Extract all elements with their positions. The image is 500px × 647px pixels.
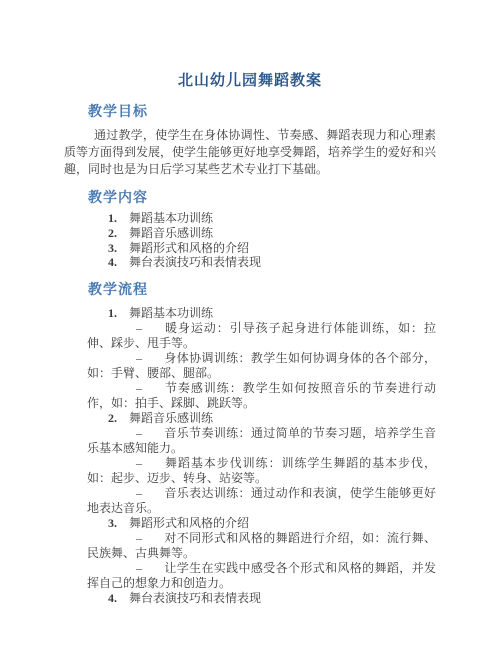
sub-bullet: –身体协调训练：教学生如何协调身体的各个部分，如：手臂、腰部、腿部。 [87, 351, 436, 381]
sub-bullet: –音乐节奏训练：通过简单的节奏习题，培养学生音乐基本感知能力。 [87, 426, 436, 456]
list-item-number: 3. [108, 241, 129, 256]
flow-list: 1.舞蹈基本功训练 –暖身运动：引导孩子起身进行体能训练，如：拉伸、踩步、甩手等… [64, 306, 436, 606]
list-item-label: 舞蹈音乐感训练 [129, 226, 213, 240]
list-item: 1.舞蹈基本功训练 [108, 306, 436, 321]
document-page: 北山幼儿园舞蹈教案 教学目标 通过教学，使学生在身体协调性、节奏感、舞蹈表现力和… [0, 0, 500, 647]
list-item-number: 1. [108, 211, 129, 226]
list-item: 4.舞台表演技巧和表情表现 [108, 591, 436, 606]
list-item-number: 4. [108, 255, 129, 270]
list-item: 3.舞蹈形式和风格的介绍 [108, 516, 436, 531]
dash-bullet-icon: – [136, 486, 164, 501]
list-item: 2.舞蹈音乐感训练 [108, 226, 436, 241]
list-item-label: 舞蹈基本功训练 [129, 306, 213, 320]
section-heading-goals: 教学目标 [88, 101, 436, 121]
list-item-label: 舞蹈形式和风格的介绍 [129, 241, 249, 255]
list-item-number: 1. [108, 306, 129, 321]
sub-bullet: –舞蹈基本步伐训练：训练学生舞蹈的基本步伐，如：起步、迈步、转身、站姿等。 [87, 456, 436, 486]
sub-bullet: –对不同形式和风格的舞蹈进行介绍，如：流行舞、民族舞、古典舞等。 [87, 531, 436, 561]
sub-bullet: –暖身运动：引导孩子起身进行体能训练，如：拉伸、踩步、甩手等。 [87, 321, 436, 351]
list-item-label: 舞蹈音乐感训练 [129, 411, 213, 425]
sub-bullet: –节奏感训练：教学生如何按照音乐的节奏进行动作，如：拍手、踩脚、跳跃等。 [87, 381, 436, 411]
dash-bullet-icon: – [136, 426, 164, 441]
list-item-number: 2. [108, 226, 129, 241]
list-item-label: 舞蹈基本功训练 [129, 211, 213, 225]
dash-bullet-icon: – [136, 531, 164, 546]
goals-paragraph: 通过教学，使学生在身体协调性、节奏感、舞蹈表现力和心理素质等方面得到发展，使学生… [64, 127, 436, 178]
list-item-label: 舞台表演技巧和表情表现 [129, 591, 261, 605]
dash-bullet-icon: – [136, 561, 164, 576]
page-title: 北山幼儿园舞蹈教案 [64, 70, 436, 92]
dash-bullet-icon: – [136, 456, 164, 471]
dash-bullet-icon: – [136, 381, 164, 396]
list-item: 2.舞蹈音乐感训练 [108, 411, 436, 426]
sub-bullet: –音乐表达训练：通过动作和表演，使学生能够更好地表达音乐。 [87, 486, 436, 516]
list-item: 4.舞台表演技巧和表情表现 [108, 255, 436, 270]
list-item: 3.舞蹈形式和风格的介绍 [108, 241, 436, 256]
list-item-label: 舞台表演技巧和表情表现 [129, 255, 261, 269]
list-item-number: 2. [108, 411, 129, 426]
list-item-label: 舞蹈形式和风格的介绍 [129, 516, 249, 530]
section-heading-flow: 教学流程 [88, 279, 436, 299]
dash-bullet-icon: – [136, 351, 164, 366]
content-list: 1.舞蹈基本功训练 2.舞蹈音乐感训练 3.舞蹈形式和风格的介绍 4.舞台表演技… [64, 211, 436, 270]
sub-bullet: –让学生在实践中感受各个形式和风格的舞蹈，并发挥自己的想象力和创造力。 [87, 561, 436, 591]
list-item-number: 3. [108, 516, 129, 531]
dash-bullet-icon: – [136, 321, 164, 336]
list-item: 1.舞蹈基本功训练 [108, 211, 436, 226]
section-heading-content: 教学内容 [88, 187, 436, 207]
list-item-number: 4. [108, 591, 129, 606]
